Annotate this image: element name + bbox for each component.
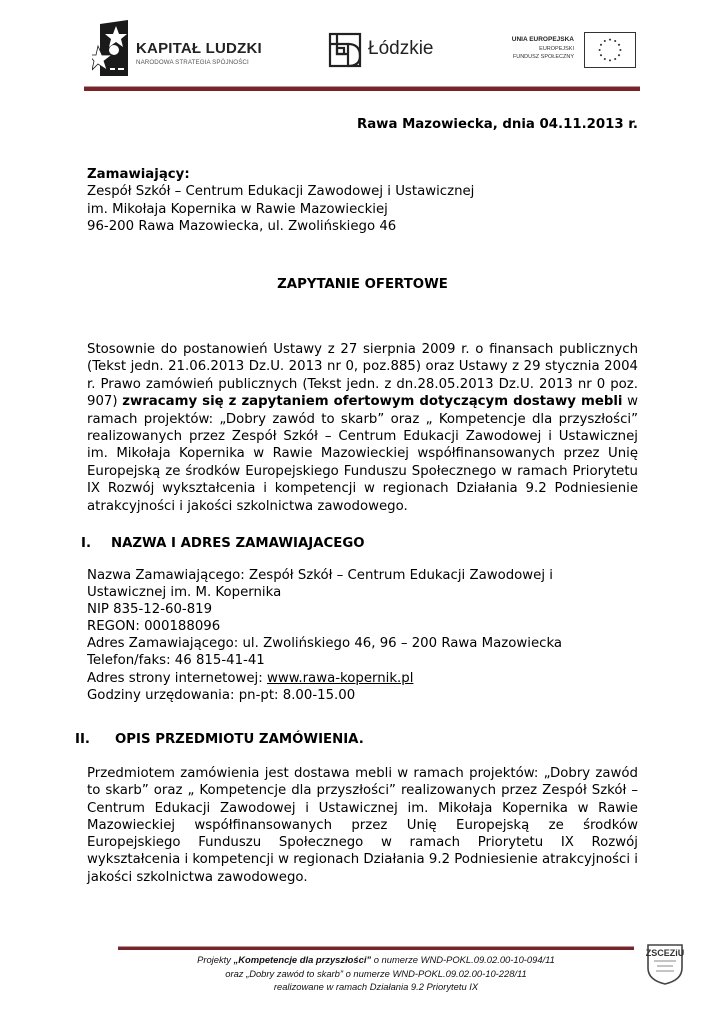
footer-line-1-prefix: Projekty — [197, 954, 233, 965]
header-divider — [84, 86, 640, 91]
footer-line-1: Projekty „Kompetencje dla przyszłości” o… — [118, 953, 634, 967]
buyer-line: Zespół Szkół – Centrum Edukacji Zawodowe… — [87, 183, 474, 200]
buyer-line: 96-200 Rawa Mazowiecka, ul. Zwolińskiego… — [87, 218, 474, 235]
eu-line-3: FUNDUSZ SPOŁECZNY — [513, 54, 574, 60]
buyer-line: im. Mikołaja Kopernika w Rawie Mazowieck… — [87, 201, 474, 218]
intro-bold-text: zwracamy się z zapytaniem ofertowym doty… — [122, 394, 622, 409]
eu-flag-icon — [584, 32, 636, 68]
footer-line-1-suffix: o numerze WND-POKL.09.02.00-10-094/11 — [371, 954, 555, 965]
kapital-ludzki-stars-icon — [92, 20, 130, 76]
buyer-detail-line: Nazwa Zamawiającego: Zespół Szkół – Cent… — [87, 567, 562, 584]
section-1-title: NAZWA I ADRES ZAMAWIAJACEGO — [111, 536, 365, 551]
intro-paragraph: Stosownie do postanowień Ustawy z 27 sie… — [87, 341, 638, 515]
document-title: ZAPYTANIE OFERTOWE — [0, 277, 725, 292]
school-crest-icon: ZSCEZiU — [645, 942, 685, 986]
regon-line: REGON: 000188096 — [87, 618, 562, 635]
intro-text-2: w ramach projektów: „Dobry zawód to skar… — [87, 394, 638, 513]
section-2-heading: II.OPIS PRZEDMIOTU ZAMÓWIENIA. — [75, 732, 364, 747]
section-2-paragraph: Przedmiotem zamówienia jest dostawa mebl… — [87, 765, 638, 886]
section-1-heading: I.NAZWA I ADRES ZAMAWIAJACEGO — [81, 536, 365, 551]
eu-line-1: UNIA EUROPEJSKA — [512, 36, 574, 43]
section-1-body: Nazwa Zamawiającego: Zespół Szkół – Cent… — [87, 567, 562, 704]
buyer-detail-line: Ustawicznej im. M. Kopernika — [87, 584, 562, 601]
website-line: Adres strony internetowej: www.rawa-kope… — [87, 670, 562, 687]
kapital-ludzki-subtitle: NARODOWA STRATEGIA SPÓJNOŚCI — [136, 59, 249, 66]
section-1-number: I. — [81, 536, 111, 551]
place-date: Rawa Mazowiecka, dnia 04.11.2013 r. — [357, 116, 638, 133]
phone-line: Telefon/faks: 46 815-41-41 — [87, 652, 562, 669]
lodzkie-region-icon — [328, 32, 362, 68]
buyer-block: Zamawiający: Zespół Szkół – Centrum Eduk… — [87, 166, 474, 235]
footer-line-2: oraz „Dobry zawód to skarb” o numerze WN… — [118, 967, 634, 981]
lodzkie-title: Łódzkie — [368, 38, 434, 60]
nip-line: NIP 835-12-60-819 — [87, 601, 562, 618]
footer-line-3: realizowane w ramach Działania 9.2 Prior… — [118, 980, 634, 994]
section-2-number: II. — [75, 732, 115, 747]
address-line: Adres Zamawiającego: ul. Zwolińskiego 46… — [87, 635, 562, 652]
website-link[interactable]: www.rawa-kopernik.pl — [267, 671, 413, 686]
footer-project-name: „Kompetencje dla przyszłości” — [234, 954, 372, 965]
section-2-title: OPIS PRZEDMIOTU ZAMÓWIENIA. — [115, 732, 364, 747]
eu-logo: UNIA EUROPEJSKA EUROPEJSKI FUNDUSZ SPOŁE… — [496, 30, 636, 70]
website-label: Adres strony internetowej: — [87, 671, 267, 686]
buyer-label: Zamawiający: — [87, 166, 474, 183]
footer-text: Projekty „Kompetencje dla przyszłości” o… — [118, 953, 634, 994]
lodzkie-logo: Łódzkie — [328, 32, 448, 72]
badge-text: ZSCEZiU — [646, 948, 685, 958]
kapital-ludzki-title: KAPITAŁ LUDZKI — [136, 40, 262, 57]
kapital-ludzki-logo: KAPITAŁ LUDZKI NARODOWA STRATEGIA SPÓJNO… — [92, 18, 272, 78]
eu-line-2: EUROPEJSKI — [539, 46, 574, 52]
footer-divider — [118, 946, 634, 950]
hours-line: Godziny urzędowania: pn-pt: 8.00-15.00 — [87, 687, 562, 704]
